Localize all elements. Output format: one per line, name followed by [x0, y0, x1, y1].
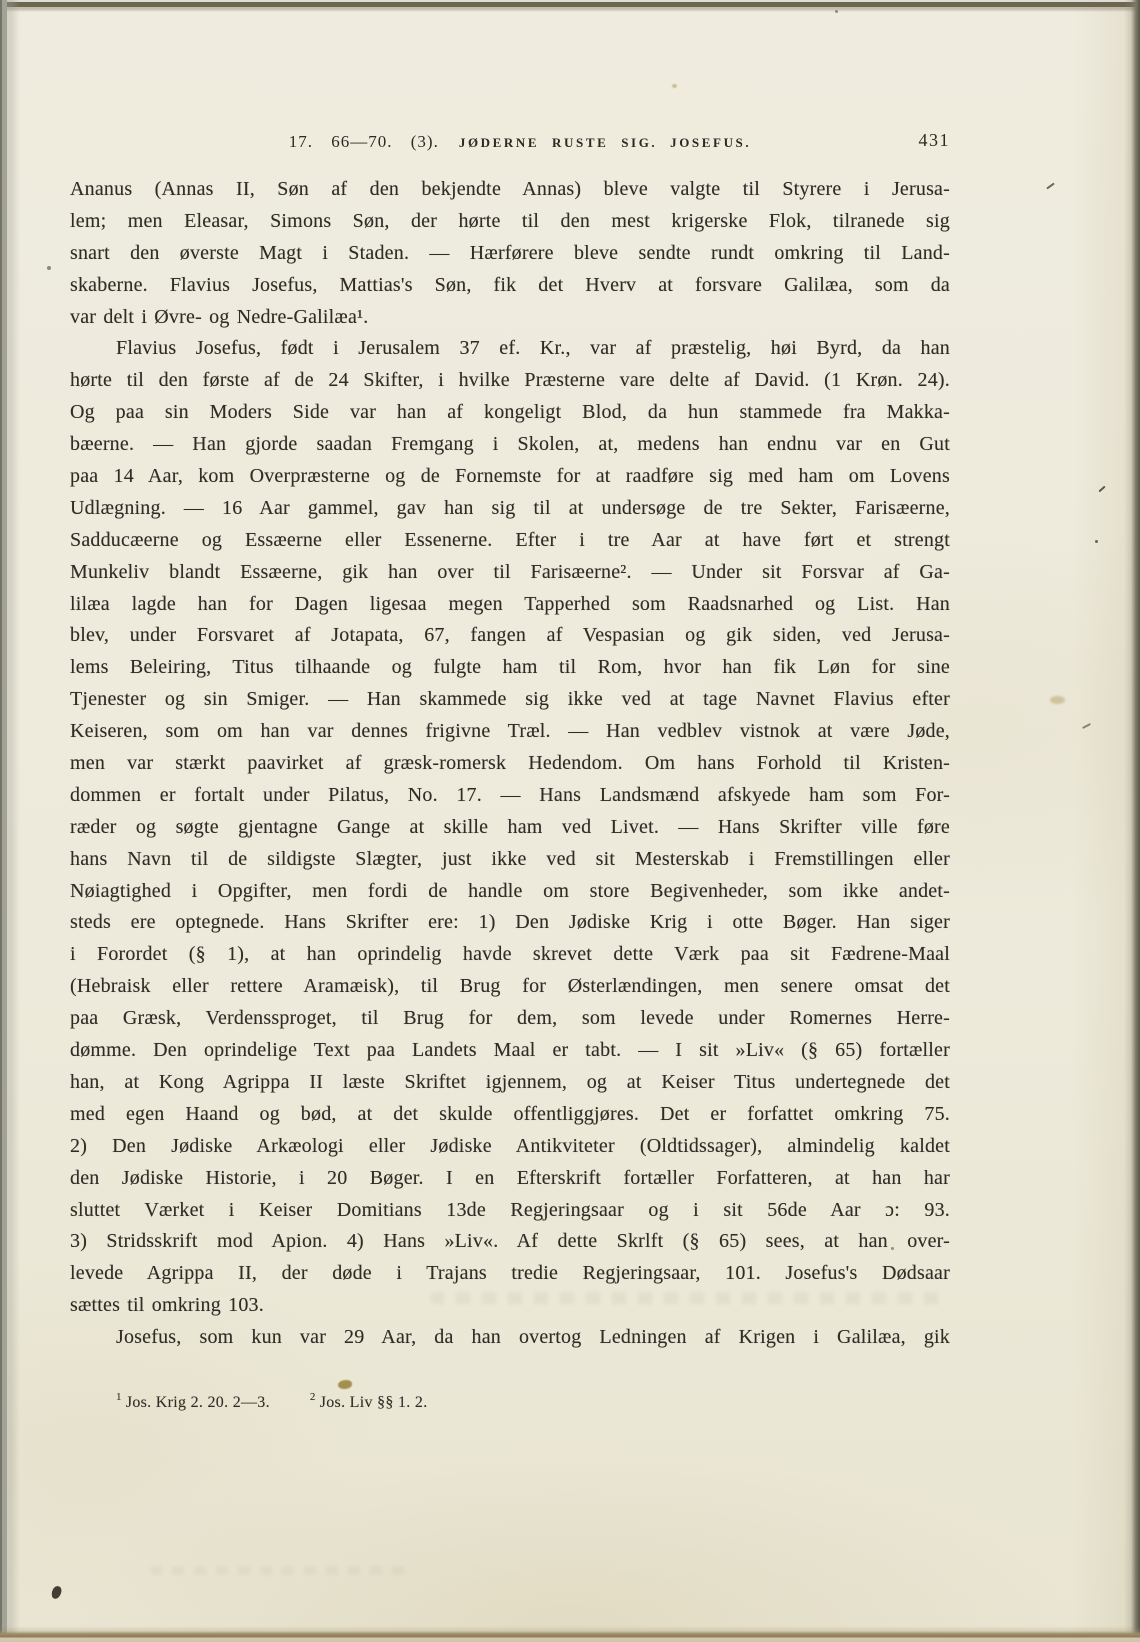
scanned-book-page: 17. 66—70. (3). JØDERNE RUSTE SIG. JOSEF…	[0, 0, 1140, 1642]
body-line: med egen Haand og bød, at det skulde off…	[70, 1099, 950, 1131]
running-header: 17. 66—70. (3). JØDERNE RUSTE SIG. JOSEF…	[70, 132, 950, 162]
body-line: levede Agrippa II, der døde i Trajans tr…	[70, 1258, 950, 1290]
body-line: Udlægning. — 16 Aar gammel, gav han sig …	[70, 493, 950, 525]
header-title: JØDERNE RUSTE SIG. JOSEFUS.	[459, 135, 751, 150]
paper-speck	[1098, 486, 1105, 493]
body-line: lems Beleiring, Titus tilhaande og fulgt…	[70, 652, 950, 684]
body-line: bæerne. — Han gjorde saadan Fremgang i S…	[70, 429, 950, 461]
body-line: dommen er fortalt under Pilatus, No. 17.…	[70, 780, 950, 812]
body-line: i Forordet (§ 1), at han oprindelig havd…	[70, 939, 950, 971]
body-line: han, at Kong Agrippa II læste Skriftet i…	[70, 1067, 950, 1099]
body-line: (Hebraisk eller rettere Aramæisk), til B…	[70, 971, 950, 1003]
footnote-text: Jos. Krig 2. 20. 2—3.	[126, 1394, 270, 1411]
body-line: paa Græsk, Verdenssproget, til Brug for …	[70, 1003, 950, 1035]
body-line: sluttet Værket i Keiser Domitians 13de R…	[70, 1195, 950, 1227]
footnote-text: Jos. Liv §§ 1. 2.	[320, 1394, 428, 1411]
body-line: 3) Stridsskrift mod Apion. 4) Hans »Liv«…	[70, 1226, 950, 1258]
body-line: Munkeliv blandt Essæerne, gik han over t…	[70, 557, 950, 589]
body-line: dømme. Den oprindelige Text paa Landets …	[70, 1035, 950, 1067]
body-line: snart den øverste Magt i Staden. — Hærfø…	[70, 238, 950, 270]
body-line: Nøiagtighed i Opgifter, men fordi de han…	[70, 876, 950, 908]
footnote-marker: 2	[310, 1391, 316, 1403]
body-line: lem; men Eleasar, Simons Søn, der hørte …	[70, 206, 950, 238]
body-line: Tjenester og sin Smiger. — Han skammede …	[70, 684, 950, 716]
paper-speck	[50, 1585, 63, 1600]
header-section-number: 17. 66—70. (3).	[289, 132, 439, 151]
body-line: Josefus, som kun var 29 Aar, da han over…	[70, 1322, 950, 1354]
body-line: den Jødiske Historie, i 20 Bøger. I en E…	[70, 1163, 950, 1195]
page-edge-left	[0, 0, 20, 1642]
paper-speck	[1095, 540, 1098, 543]
body-line: men var stærkt paavirket af græsk-romers…	[70, 748, 950, 780]
body-text: Ananus (Annas II, Søn af den bekjendte A…	[70, 174, 950, 1354]
paper-speck	[47, 266, 51, 270]
body-line: steds ere optegnede. Hans Skrifter ere: …	[70, 907, 950, 939]
body-line: blev, under Forsvaret af Jotapata, 67, f…	[70, 620, 950, 652]
body-line: var delt i Øvre- og Nedre-Galilæa¹.	[70, 302, 950, 334]
body-line: hans Navn til de sildigste Slægter, just…	[70, 844, 950, 876]
body-line: Ananus (Annas II, Søn af den bekjendte A…	[70, 174, 950, 206]
footnotes: 1Jos. Krig 2. 20. 2—3.2Jos. Liv §§ 1. 2.	[116, 1386, 956, 1414]
body-line: Keiseren, som om han var dennes frigivne…	[70, 716, 950, 748]
body-line: lilæa lagde han for Dagen ligesaa megen …	[70, 589, 950, 621]
body-line: ræder og søgte gjentagne Gange at skille…	[70, 812, 950, 844]
body-line: hørte til den første af de 24 Skifter, i…	[70, 365, 950, 397]
body-line: paa 14 Aar, kom Overpræsterne og de Forn…	[70, 461, 950, 493]
paper-stain	[1050, 696, 1065, 704]
body-line: skaberne. Flavius Josefus, Mattias's Søn…	[70, 270, 950, 302]
page-edge-top	[0, 0, 1140, 12]
body-line: sættes til omkring 103.	[70, 1290, 950, 1322]
paper-speck	[1046, 183, 1055, 190]
body-line: 2) Den Jødiske Arkæologi eller Jødiske A…	[70, 1131, 950, 1163]
paper-speck	[1082, 723, 1091, 729]
page-edge-bottom	[0, 1626, 1140, 1642]
show-through-ghost-text	[150, 1566, 410, 1575]
page-number: 431	[919, 130, 951, 151]
paper-speck	[672, 84, 677, 88]
running-header-center: 17. 66—70. (3). JØDERNE RUSTE SIG. JOSEF…	[80, 132, 960, 152]
footnote-marker: 1	[116, 1391, 122, 1403]
page-edge-right	[1124, 0, 1140, 1642]
body-line: Sadducæerne og Essæerne eller Essenerne.…	[70, 525, 950, 557]
body-line: Flavius Josefus, født i Jerusalem 37 ef.…	[70, 333, 950, 365]
body-line: Og paa sin Moders Side var han af kongel…	[70, 397, 950, 429]
